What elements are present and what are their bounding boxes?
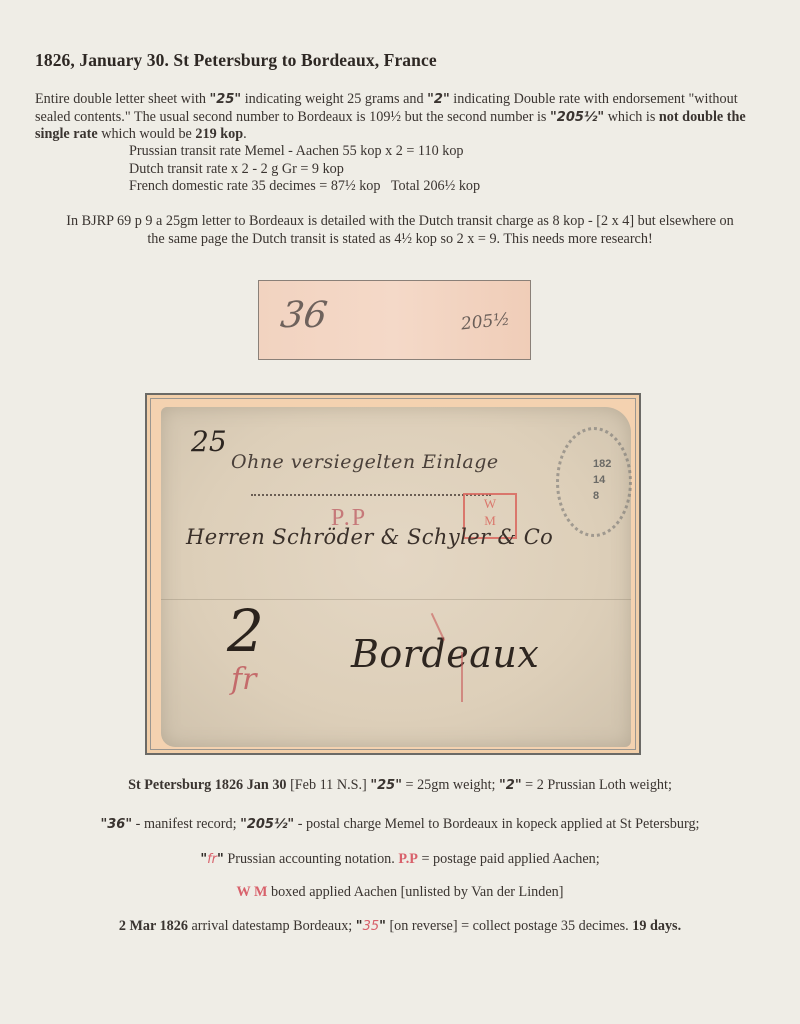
caption-line-2: "36" - manifest record; "205½" - postal … — [0, 816, 800, 833]
caption-line-4: W M boxed applied Aachen [unlisted by Va… — [0, 884, 800, 901]
letter-image-frame: 25 Ohne versiegelten Einlage P.P W M 182… — [145, 393, 641, 755]
caption-text: boxed applied Aachen [unlisted by Van de… — [267, 884, 563, 900]
caption-line-5: 2 Mar 1826 arrival datestamp Bordeaux; "… — [0, 918, 800, 935]
caption-bold: St Petersburg 1826 Jan 30 — [128, 777, 286, 793]
endorsement-text: Ohne versiegelten Einlage — [231, 451, 499, 473]
caption-text: = 2 Prussian Loth weight; — [522, 777, 672, 793]
intro-text: indicating weight 25 grams and — [241, 91, 427, 107]
caption-line-3: "fr" Prussian accounting notation. P.P =… — [0, 851, 800, 868]
research-note: In BJRP 69 p 9 a 25gm letter to Bordeaux… — [20, 212, 780, 248]
rate-breakdown: Prussian transit rate Memel - Aachen 55 … — [129, 143, 480, 196]
caption-text: [on reverse] = collect postage 35 decime… — [386, 918, 632, 934]
research-line: In BJRP 69 p 9 a 25gm letter to Bordeaux… — [20, 212, 780, 230]
red-pen-stroke — [461, 652, 463, 702]
caption-text: = postage paid applied Aachen; — [418, 851, 600, 867]
destination-text: Bordeaux — [351, 632, 539, 676]
intro-paragraph: Entire double letter sheet with "25" ind… — [35, 91, 765, 144]
intro-text: Entire double letter sheet with — [35, 91, 210, 107]
caption-text: = 25gm weight; — [402, 777, 499, 793]
letter-sheet-image: 25 Ohne versiegelten Einlage P.P W M 182… — [161, 407, 631, 747]
pp-highlight: P.P — [398, 851, 418, 867]
weight-mark: 25 — [191, 425, 227, 458]
rate-line-french: French domestic rate 35 decimes = 87½ ko… — [129, 178, 480, 196]
quote-2: "2" — [499, 778, 522, 793]
quote-25: "25" — [210, 92, 242, 107]
research-line: the same page the Dutch transit is state… — [20, 230, 780, 248]
manifest-number: 36 — [278, 295, 330, 336]
quote-25: "25" — [370, 778, 402, 793]
quote-2: "2" — [427, 92, 450, 107]
manifest-snippet-image: 36 205½ — [258, 280, 531, 360]
caption-bold: 19 days. — [632, 918, 681, 934]
mat: 25 Ohne versiegelten Einlage P.P W M 182… — [150, 398, 636, 750]
dotted-underline — [251, 494, 491, 496]
caption-text: - postal charge Memel to Bordeaux in kop… — [294, 816, 699, 832]
intro-bold: 219 kop — [195, 126, 243, 142]
quote-36: "36" — [100, 817, 132, 832]
rate-line-dutch: Dutch transit rate x 2 - 2 g Gr = 9 kop — [129, 161, 480, 179]
fr-accounting-mark: fr — [231, 662, 256, 697]
postal-charge-mark: 205½ — [460, 309, 511, 334]
intro-text: which would be — [98, 126, 196, 142]
caption-bold: 2 Mar 1826 — [119, 918, 188, 934]
caption-text: [Feb 11 N.S.] — [287, 777, 371, 793]
quote-mark: " — [379, 919, 386, 934]
quote-mark: " — [217, 852, 224, 867]
rate-mark: 2 — [227, 597, 264, 665]
fr-highlight: fr — [207, 852, 217, 867]
intro-text: which is — [604, 109, 659, 125]
n35-highlight: 35 — [363, 919, 380, 934]
datestamp-year: 182 — [593, 458, 611, 470]
datestamp-day: 14 — [593, 474, 605, 486]
datestamp-month: 8 — [593, 490, 599, 502]
page-title: 1826, January 30. St Petersburg to Borde… — [35, 50, 437, 71]
quote-205: "205½" — [240, 817, 294, 832]
intro-text: . — [243, 126, 247, 142]
caption-line-1: St Petersburg 1826 Jan 30 [Feb 11 N.S.] … — [0, 777, 800, 794]
addressee-text: Herren Schröder & Schyler & Co — [186, 525, 553, 549]
rate-line-prussian: Prussian transit rate Memel - Aachen 55 … — [129, 143, 480, 161]
st-petersburg-datestamp: 182 14 8 — [556, 427, 632, 537]
caption-text: Prussian accounting notation. — [224, 851, 399, 867]
caption-text: arrival datestamp Bordeaux; — [188, 918, 356, 934]
caption-text: - manifest record; — [132, 816, 240, 832]
wm-stamp-w: W — [465, 495, 515, 512]
quote-205: "205½" — [550, 110, 604, 125]
quote-mark: " — [356, 919, 363, 934]
wm-highlight: W M — [237, 884, 268, 900]
